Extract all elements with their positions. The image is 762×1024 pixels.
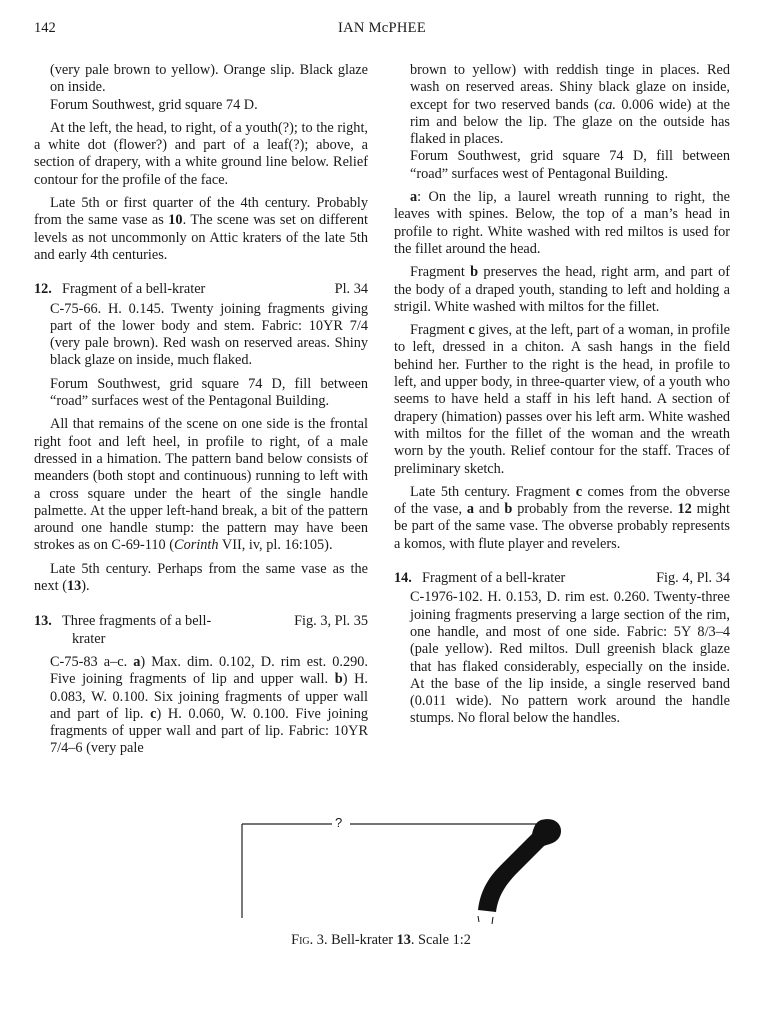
running-head: 142 IAN McPHEE: [34, 18, 730, 38]
findspot-11: Forum Southwest, grid square 74 D.: [50, 97, 368, 114]
bell-krater-profile-svg: [238, 818, 570, 928]
entry-14-heading: 14. Fragment of a bell-krater Fig. 4, Pl…: [394, 570, 730, 587]
entry-13-description: C-75-83 a–c. a) Max. dim. 0.102, D. rim …: [50, 654, 368, 758]
cross-ref-10: 10: [168, 212, 182, 228]
entry-number: 13.: [34, 613, 62, 630]
entry-12-catalogue-block: C-75-66. H. 0.145. Twenty joining fragme…: [34, 301, 368, 411]
running-head-author: IAN McPHEE: [34, 18, 730, 38]
entry-12-discussion: All that remains of the scene on one sid…: [34, 416, 368, 554]
figure-caption: Fig. 3. Bell-krater 13. Scale 1:2: [0, 932, 762, 949]
left-column: (very pale brown to yellow). Orange slip…: [34, 62, 368, 758]
fragment-c-paragraph: Fragment c gives, at the left, part of a…: [394, 322, 730, 478]
description-paragraph: At the left, the head, to right, of a yo…: [34, 120, 368, 189]
entry-13-dating: Late 5th century. Fragment c comes from …: [394, 484, 730, 553]
entry-12-heading: 12. Fragment of a bell-krater Pl. 34: [34, 281, 368, 298]
continued-catalogue-block: (very pale brown to yellow). Orange slip…: [34, 62, 368, 114]
figure-3-profile-drawing: ?: [238, 818, 570, 928]
entry-title: Fragment of a bell-krater: [62, 281, 335, 298]
dating-paragraph: Late 5th or first quarter of the 4th cen…: [34, 195, 368, 264]
entry-13-fabric-continuation: brown to yellow) with reddish tinge in p…: [410, 62, 730, 148]
fragment-a-paragraph: a: On the lip, a laurel wreath running t…: [394, 189, 730, 258]
right-column: brown to yellow) with reddish tinge in p…: [394, 62, 730, 728]
entry-number: 12.: [34, 281, 62, 298]
entry-13-continued-block: brown to yellow) with reddish tinge in p…: [394, 62, 730, 183]
figure-plate-reference: Fig. 4, Pl. 34: [656, 570, 730, 587]
entry-12-findspot: Forum Southwest, grid square 74 D, fill …: [50, 376, 368, 411]
entry-number: 14.: [394, 570, 422, 587]
entry-title: Fragment of a bell-krater: [422, 570, 656, 587]
uncertain-diameter-mark: ?: [335, 815, 342, 830]
figure-plate-reference: Fig. 3, Pl. 35: [294, 613, 368, 630]
fragment-b-paragraph: Fragment b preserves the head, right arm…: [394, 264, 730, 316]
entry-12-description: C-75-66. H. 0.145. Twenty joining fragme…: [50, 301, 368, 370]
plate-reference: Pl. 34: [335, 281, 368, 298]
entry-13-findspot: Forum Southwest, grid square 74 D, fill …: [410, 148, 730, 183]
entry-14-catalogue-block: C-1976-102. H. 0.153, D. rim est. 0.260.…: [394, 589, 730, 727]
entry-13-catalogue-block: C-75-83 a–c. a) Max. dim. 0.102, D. rim …: [34, 654, 368, 758]
entry-13-heading: 13. Three fragments of a bell- krater Fi…: [34, 613, 368, 648]
entry-14-description: C-1976-102. H. 0.153, D. rim est. 0.260.…: [410, 589, 730, 727]
fabric-continuation: (very pale brown to yellow). Orange slip…: [50, 62, 368, 97]
entry-title: Three fragments of a bell- krater: [62, 613, 294, 648]
entry-12-dating: Late 5th century. Perhaps from the same …: [34, 561, 368, 596]
